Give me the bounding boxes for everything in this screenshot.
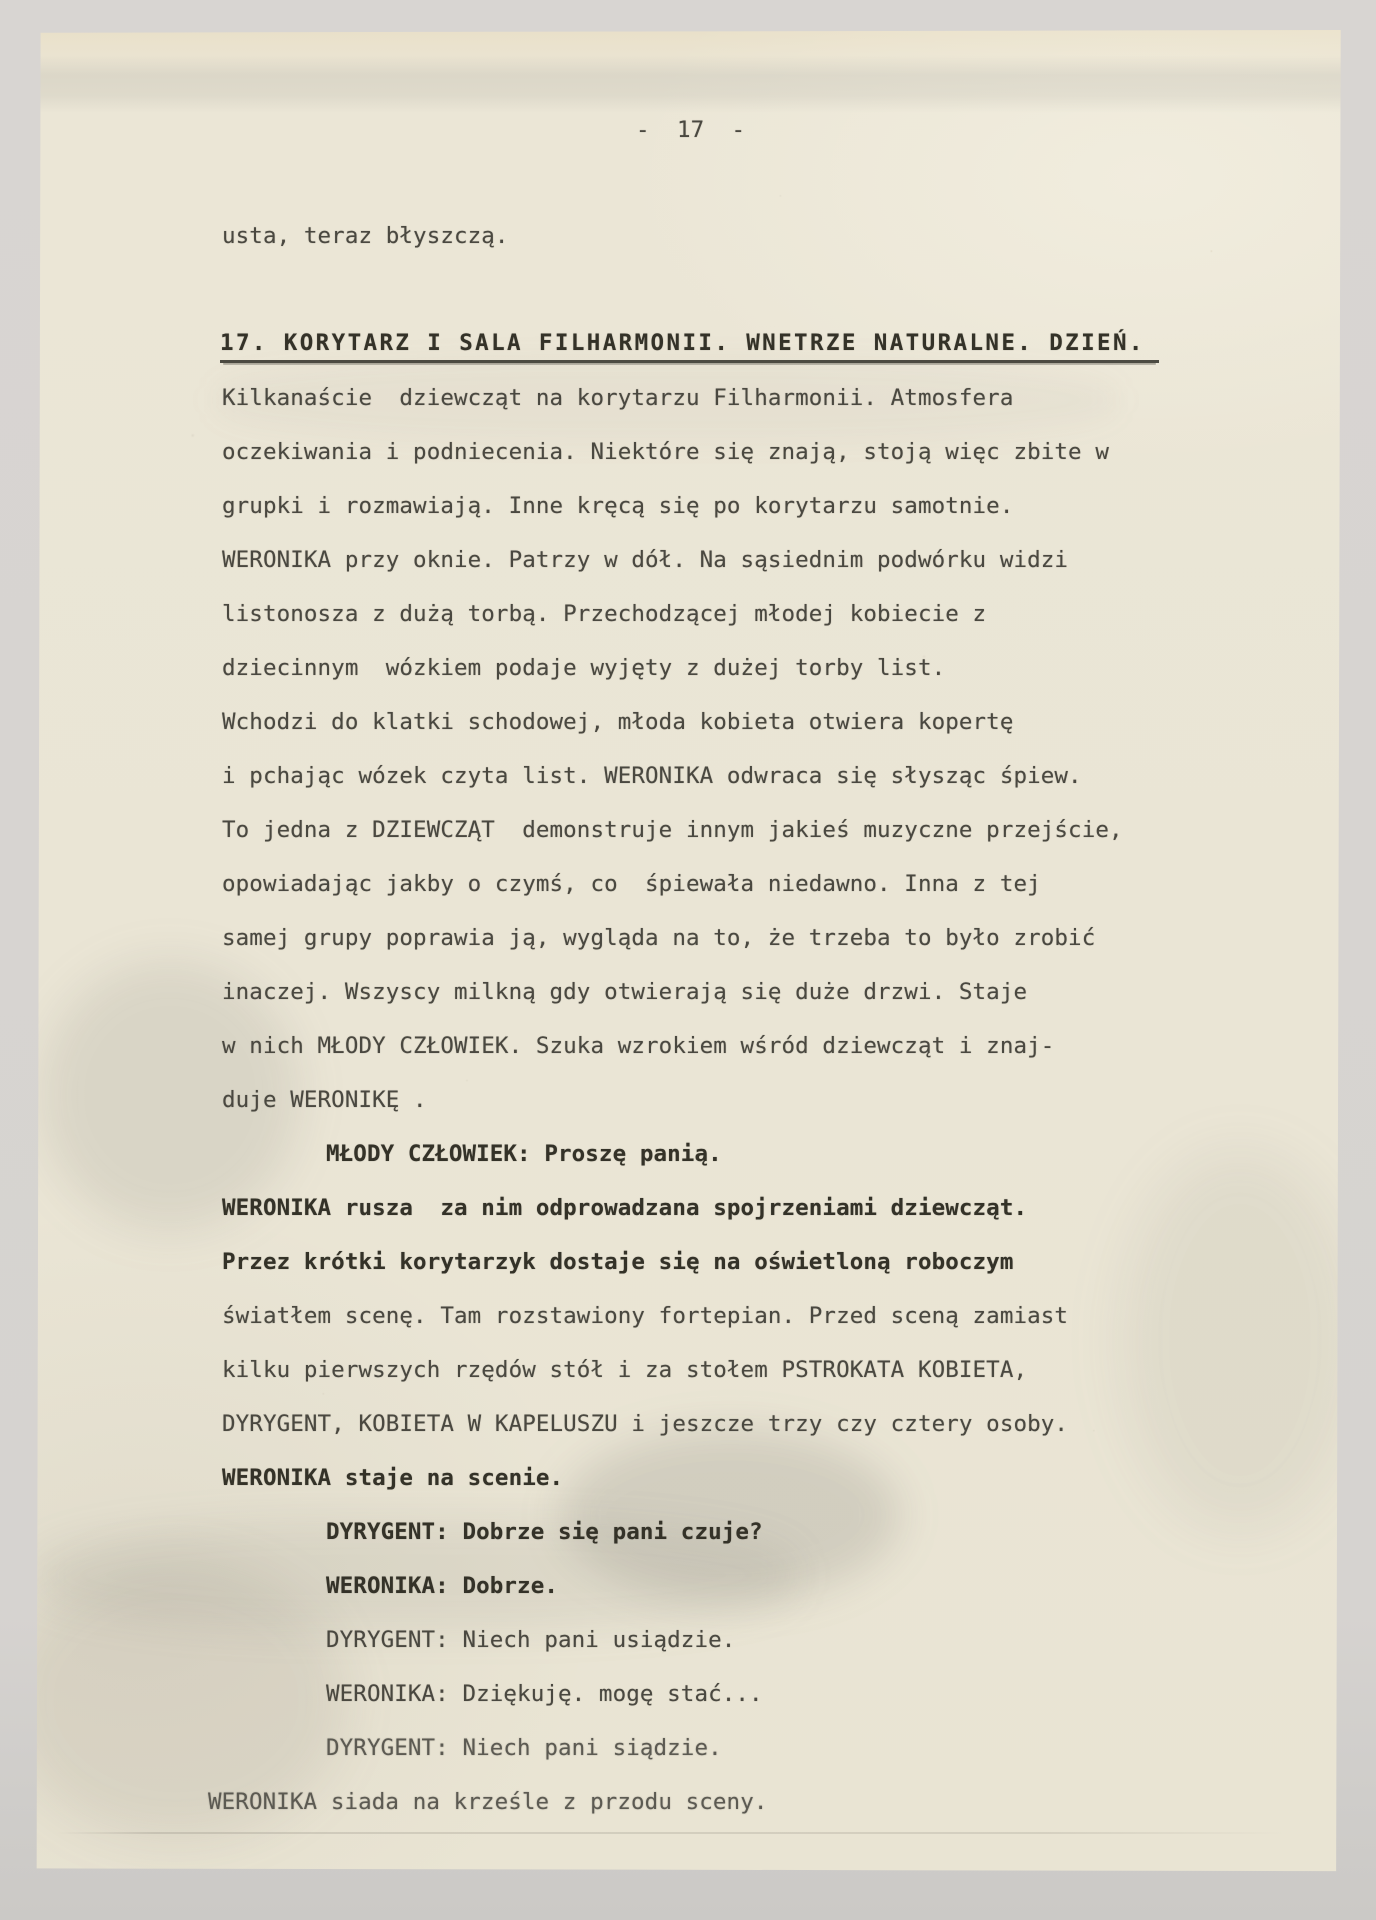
script-line: listonosza z dużą torbą. Przechodzącej m… [222,587,1302,641]
script-line: DYRYGENT: Dobrze się pani czuje? [222,1505,1302,1559]
script-body: Kilkanaście dziewcząt na korytarzu Filha… [222,371,1302,1829]
script-line: WERONIKA: Dziękuję. mogę stać... [222,1667,1302,1721]
script-line: dziecinnym wózkiem podaje wyjęty z dużej… [222,641,1302,695]
script-line: DYRYGENT: Niech pani usiądzie. [222,1613,1302,1667]
script-line: DYRYGENT, KOBIETA W KAPELUSZU i jeszcze … [222,1397,1302,1451]
paper-crease-line [56,1832,1286,1834]
scene-heading: 17. KORYTARZ I SALA FILHARMONII. WNETRZE… [220,330,1159,363]
script-line: WERONIKA przy oknie. Patrzy w dół. Na są… [222,533,1302,587]
scan-background: - 17 - usta, teraz błyszczą. 17. KORYTAR… [0,0,1376,1920]
script-line: WERONIKA siada na krześle z przodu sceny… [208,1775,1302,1829]
script-line: oczekiwania i podniecenia. Niektóre się … [222,425,1302,479]
script-line: To jedna z DZIEWCZĄT demonstruje innym j… [222,803,1302,857]
script-line: samej grupy poprawia ją, wygląda na to, … [222,911,1302,965]
script-line: kilku pierwszych rzędów stół i za stołem… [222,1343,1302,1397]
script-line: Wchodzi do klatki schodowej, młoda kobie… [222,695,1302,749]
script-line: WERONIKA rusza za nim odprowadzana spojr… [222,1181,1302,1235]
document-page: - 17 - usta, teraz błyszczą. 17. KORYTAR… [36,30,1342,1873]
script-line: opowiadając jakby o czymś, co śpiewała n… [222,857,1302,911]
script-line: w nich MŁODY CZŁOWIEK. Szuka wzrokiem wś… [222,1019,1302,1073]
script-line: WERONIKA: Dobrze. [222,1559,1302,1613]
script-line: inaczej. Wszyscy milkną gdy otwierają si… [222,965,1302,1019]
script-line: światłem scenę. Tam rozstawiony fortepia… [222,1289,1302,1343]
script-line: Kilkanaście dziewcząt na korytarzu Filha… [222,371,1302,425]
scan-artifact-band [36,55,1342,113]
script-line: WERONIKA staje na scenie. [222,1451,1302,1505]
script-line: grupki i rozmawiają. Inne kręcą się po k… [222,479,1302,533]
page-number: - 17 - [636,117,745,143]
carryover-text: usta, teraz błyszczą. [222,223,509,249]
script-line: duje WERONIKĘ . [222,1073,1302,1127]
script-line: MŁODY CZŁOWIEK: Proszę panią. [222,1127,1302,1181]
script-line: Przez krótki korytarzyk dostaje się na o… [222,1235,1302,1289]
script-line: i pchając wózek czyta list. WERONIKA odw… [222,749,1302,803]
script-line: DYRYGENT: Niech pani siądzie. [222,1721,1302,1775]
